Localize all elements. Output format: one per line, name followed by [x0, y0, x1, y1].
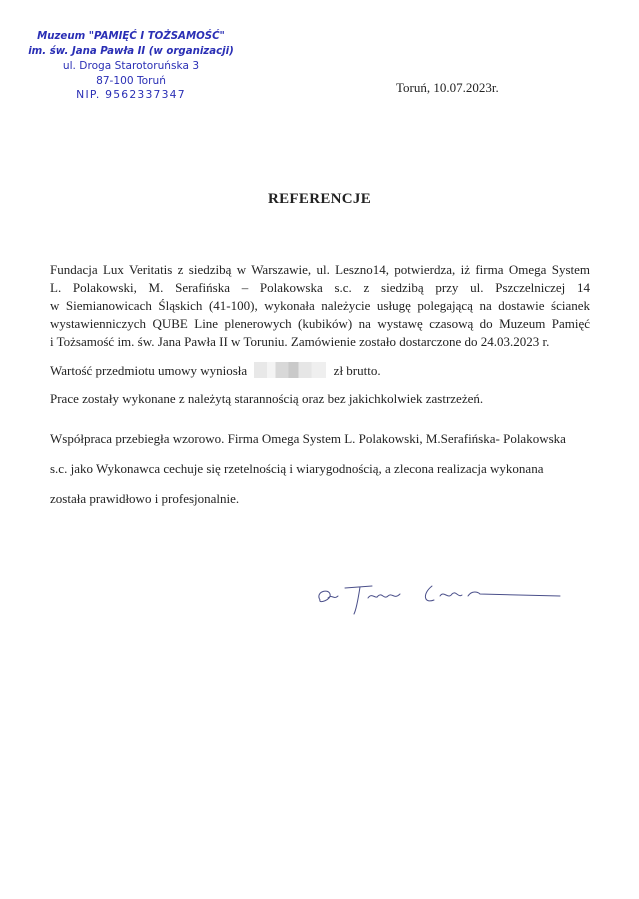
paragraph-line: w Siemianowicach Śląskich (41-100), wyko…: [50, 297, 590, 315]
stamp-line-patron: im. św. Jana Pawła II (w organizacji): [26, 45, 236, 60]
stamp-line-name: Muzeum "PAMIĘĆ I TOŻSAMOŚĆ": [26, 30, 236, 45]
paragraph-cooperation: Współpraca przebiegła wzorowo. Firma Ome…: [50, 424, 590, 514]
paragraph-line: wystawienniczych QUBE Line plenerowych (…: [50, 315, 590, 333]
paragraph-line: Współpraca przebiegła wzorowo. Firma Ome…: [50, 424, 590, 454]
letter-title: REFERENCJE: [0, 191, 639, 208]
contract-value-label: Wartość przedmiotu umowy wyniosła: [50, 363, 247, 378]
redacted-amount: [254, 362, 326, 378]
stamp-line-city: 87-100 Toruń: [26, 74, 236, 89]
paragraph-quality: Prace zostały wykonane z należytą staran…: [50, 390, 590, 408]
letter-date: Toruń, 10.07.2023r.: [396, 80, 499, 96]
paragraph-contract-value: Wartość przedmiotu umowy wyniosła zł bru…: [50, 362, 590, 380]
paragraph-line: s.c. jako Wykonawca cechuje się rzetelno…: [50, 454, 590, 484]
reference-letter-page: Muzeum "PAMIĘĆ I TOŻSAMOŚĆ" im. św. Jana…: [0, 0, 639, 899]
paragraph-confirmation: Fundacja Lux Veritatis z siedzibą w Wars…: [50, 261, 590, 351]
contract-value-suffix: zł brutto.: [334, 363, 381, 378]
paragraph-line: i Tożsamość im. św. Jana Pawła II w Toru…: [50, 333, 590, 351]
stamp-line-nip: NIP. 9562337347: [26, 88, 236, 103]
paragraph-line: L. Polakowski, M. Serafińska – Polakowsk…: [50, 279, 590, 297]
stamp-line-street: ul. Droga Starotoruńska 3: [26, 59, 236, 74]
handwritten-signature: [310, 560, 570, 620]
museum-stamp: Muzeum "PAMIĘĆ I TOŻSAMOŚĆ" im. św. Jana…: [26, 30, 236, 103]
paragraph-line: Fundacja Lux Veritatis z siedzibą w Wars…: [50, 261, 590, 279]
paragraph-line: została prawidłowo i profesjonalnie.: [50, 484, 590, 514]
